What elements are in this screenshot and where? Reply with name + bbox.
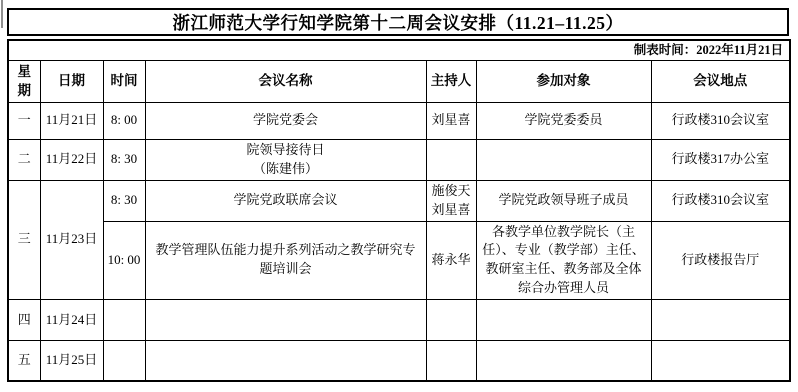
cell-time xyxy=(103,300,145,341)
cell-meeting: 学院党政联席会议 xyxy=(145,180,426,221)
cell-location xyxy=(651,300,790,341)
table-row-thursday: 四 11月24日 xyxy=(8,300,790,341)
cell-host: 刘星喜 xyxy=(426,102,476,139)
cell-date: 11月23日 xyxy=(40,180,103,299)
cell-location: 行政楼报告厅 xyxy=(651,221,790,299)
cell-location: 行政楼310会议室 xyxy=(651,102,790,139)
column-header-week: 星期 xyxy=(8,60,40,102)
cell-location: 行政楼317办公室 xyxy=(651,139,790,180)
cell-meeting: 院领导接待日 （陈建伟） xyxy=(145,139,426,180)
screen-edge-artifact xyxy=(1,0,3,28)
table-row-wednesday-1: 三 11月23日 8: 30 学院党政联席会议 施俊天 刘星喜 学院党政领导班子… xyxy=(8,180,790,221)
table-row-monday: 一 11月21日 8: 00 学院党委会 刘星喜 学院党委委员 行政楼310会议… xyxy=(8,102,790,139)
cell-date: 11月21日 xyxy=(40,102,103,139)
cell-participants xyxy=(476,300,651,341)
cell-meeting xyxy=(145,300,426,341)
cell-time xyxy=(103,341,145,381)
table-header-row: 星期 日期 时间 会议名称 主持人 参加对象 会议地点 xyxy=(8,60,790,102)
cell-time: 8: 00 xyxy=(103,102,145,139)
cell-location xyxy=(651,341,790,381)
column-header-date: 日期 xyxy=(40,60,103,102)
meeting-schedule-page: { "page": { "background": "#ffffff", "bo… xyxy=(0,0,798,392)
cell-host xyxy=(426,300,476,341)
cell-week: 一 xyxy=(8,102,40,139)
cell-time: 8: 30 xyxy=(103,139,145,180)
cell-date: 11月22日 xyxy=(40,139,103,180)
column-header-time: 时间 xyxy=(103,60,145,102)
document-title-bar: 浙江师范大学行知学院第十二周会议安排（11.21–11.25） xyxy=(7,8,789,36)
cell-time: 10: 00 xyxy=(103,221,145,299)
meeting-schedule-table: 制表时间：2022年11月21日 星期 日期 时间 会议名称 主持人 参加对象 … xyxy=(7,39,791,382)
table-row-friday: 五 11月25日 xyxy=(8,341,790,381)
cell-date: 11月24日 xyxy=(40,300,103,341)
cell-host: 蒋永华 xyxy=(426,221,476,299)
table-row-wednesday-2: 10: 00 教学管理队伍能力提升系列活动之教学研究专题培训会 蒋永华 各教学单… xyxy=(8,221,790,299)
cell-week: 四 xyxy=(8,300,40,341)
cell-week: 三 xyxy=(8,180,40,299)
page-title: 浙江师范大学行知学院第十二周会议安排（11.21–11.25） xyxy=(172,10,623,35)
cell-participants xyxy=(476,341,651,381)
table-row-tuesday: 二 11月22日 8: 30 院领导接待日 （陈建伟） 行政楼317办公室 xyxy=(8,139,790,180)
schedule-table-container: 制表时间：2022年11月21日 星期 日期 时间 会议名称 主持人 参加对象 … xyxy=(7,39,789,382)
cell-participants xyxy=(476,139,651,180)
cell-participants: 各教学单位教学院长（主任）、专业（教学部）主任、教研室主任、教务部及全体综合办管… xyxy=(476,221,651,299)
cell-host: 施俊天 刘星喜 xyxy=(426,180,476,221)
cell-meeting: 教学管理队伍能力提升系列活动之教学研究专题培训会 xyxy=(145,221,426,299)
cell-time: 8: 30 xyxy=(103,180,145,221)
cell-host xyxy=(426,341,476,381)
column-header-participants: 参加对象 xyxy=(476,60,651,102)
column-header-host: 主持人 xyxy=(426,60,476,102)
cell-week: 二 xyxy=(8,139,40,180)
cell-meeting: 学院党委会 xyxy=(145,102,426,139)
cell-participants: 学院党委委员 xyxy=(476,102,651,139)
table-row-meta: 制表时间：2022年11月21日 xyxy=(8,40,790,60)
cell-participants: 学院党政领导班子成员 xyxy=(476,180,651,221)
column-header-meeting: 会议名称 xyxy=(145,60,426,102)
cell-meeting xyxy=(145,341,426,381)
cell-week: 五 xyxy=(8,341,40,381)
cell-location: 行政楼310会议室 xyxy=(651,180,790,221)
column-header-location: 会议地点 xyxy=(651,60,790,102)
cell-host xyxy=(426,139,476,180)
made-time-label: 制表时间：2022年11月21日 xyxy=(8,40,790,60)
cell-date: 11月25日 xyxy=(40,341,103,381)
